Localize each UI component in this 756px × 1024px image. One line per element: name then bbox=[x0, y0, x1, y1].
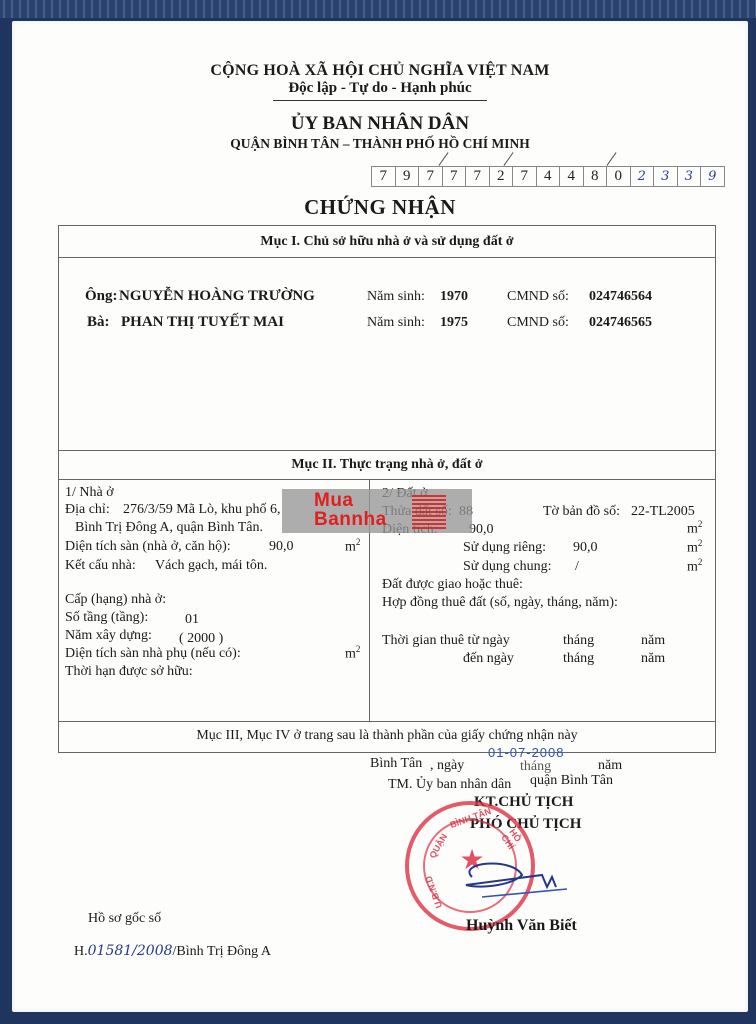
lease-from-label: Thời gian thuê từ ngày bbox=[382, 633, 510, 649]
unit-m2: m2 bbox=[687, 519, 702, 538]
owner-prefix: Ông: bbox=[85, 288, 118, 305]
month-label: tháng bbox=[563, 651, 594, 667]
serial-digit: 7 bbox=[513, 167, 537, 186]
committee-heading: ỦY BAN NHÂN DÂN bbox=[12, 113, 748, 135]
on-behalf-label: TM. Ủy ban nhân dân bbox=[388, 777, 511, 793]
serial-digit: 9 bbox=[396, 167, 420, 186]
address-line-1: 276/3/59 Mã Lò, khu phố 6, bbox=[123, 502, 281, 518]
floor-area-label: Diện tích sàn (nhà ở, căn hộ): bbox=[65, 539, 231, 555]
owner-name: PHAN THỊ TUYẾT MAI bbox=[121, 314, 284, 331]
birth-year-value: 1970 bbox=[440, 289, 468, 305]
signer-name: Huỳnh Văn Biết bbox=[466, 917, 577, 935]
address-line-2: Bình Trị Đông A, quận Bình Tân. bbox=[75, 520, 263, 536]
serial-digit: 7 bbox=[443, 167, 467, 186]
unit-m2: m2 bbox=[687, 557, 702, 576]
serial-digit-handwritten: 2 bbox=[631, 167, 655, 186]
id-label: CMND số: bbox=[507, 289, 569, 305]
record-label: Hồ sơ gốc số bbox=[88, 911, 161, 927]
id-number: 024746564 bbox=[589, 289, 652, 305]
watermark-building-icon bbox=[412, 493, 446, 529]
section-2-heading: Mục II. Thực trạng nhà ở, đất ở bbox=[59, 457, 715, 473]
birth-year-label: Năm sinh: bbox=[367, 289, 425, 305]
serial-digit: 4 bbox=[537, 167, 561, 186]
serial-tick-mark bbox=[504, 152, 514, 166]
serial-digit: 7 bbox=[466, 167, 490, 186]
map-sheet-value: 22-TL2005 bbox=[631, 504, 695, 520]
area-value: 90,0 bbox=[469, 522, 494, 538]
ownership-term-label: Thời hạn được sở hữu: bbox=[65, 664, 193, 680]
watermark-logo-text: Mua Bannha bbox=[314, 491, 387, 529]
structure-label: Kết cấu nhà: bbox=[65, 558, 136, 574]
allocation-label: Đất được giao hoặc thuê: bbox=[382, 577, 523, 593]
year-label: năm bbox=[641, 633, 665, 649]
certificate-title: CHỨNG NHẬN bbox=[12, 195, 748, 220]
floors-value: 01 bbox=[185, 612, 199, 628]
section-1-heading: Mục I. Chủ sở hữu nhà ở và sử dụng đất ở bbox=[59, 234, 715, 250]
divider bbox=[59, 721, 715, 722]
record-handwritten-number: 01581 bbox=[88, 943, 133, 959]
id-label: CMND số: bbox=[507, 315, 569, 331]
motto: Độc lập - Tự do - Hạnh phúc bbox=[12, 80, 748, 97]
signing-day-label: , ngày bbox=[430, 758, 464, 774]
month-label: tháng bbox=[563, 633, 594, 649]
serial-digit: 2 bbox=[490, 167, 514, 186]
shared-use-label: Sử dụng chung: bbox=[463, 559, 551, 575]
birth-year-label: Năm sinh: bbox=[367, 315, 425, 331]
owner-prefix: Bà: bbox=[87, 314, 110, 331]
serial-digit: 8 bbox=[584, 167, 608, 186]
signing-place: Bình Tân bbox=[370, 756, 422, 772]
district-heading: QUẬN BÌNH TÂN – THÀNH PHỐ HỒ CHÍ MINH bbox=[12, 136, 748, 152]
serial-digit: 4 bbox=[560, 167, 584, 186]
year-built-value: ( 2000 ) bbox=[179, 631, 223, 647]
divider bbox=[59, 479, 715, 480]
signature bbox=[452, 857, 572, 907]
serial-number-boxes: 7 9 7 7 7 2 7 4 4 8 0 2 3 3 9 bbox=[371, 166, 725, 187]
unit-m2: m2 bbox=[345, 537, 360, 556]
watermark-overlay: Mua Bannha bbox=[282, 489, 472, 533]
address-label: Địa chỉ: bbox=[65, 502, 110, 518]
scanner-frame-edge bbox=[0, 0, 756, 18]
unit-m2: m2 bbox=[345, 644, 360, 663]
serial-digit: 7 bbox=[419, 167, 443, 186]
year-label: năm bbox=[641, 651, 665, 667]
motto-underline bbox=[273, 100, 487, 101]
floor-area-value: 90,0 bbox=[269, 539, 294, 555]
serial-digit-handwritten: 9 bbox=[701, 167, 725, 186]
birth-year-value: 1975 bbox=[440, 315, 468, 331]
serial-tick-mark bbox=[439, 152, 449, 166]
country-heading: CỘNG HOÀ XÃ HỘI CHỦ NGHĨA VIỆT NAM bbox=[12, 62, 748, 80]
certificate-page: CỘNG HOÀ XÃ HỘI CHỦ NGHĨA VIỆT NAM Độc l… bbox=[12, 21, 748, 1012]
lease-to-label: đến ngày bbox=[463, 651, 514, 667]
footer-note: Mục III, Mục IV ở trang sau là thành phầ… bbox=[59, 728, 715, 744]
serial-digit: 0 bbox=[607, 167, 631, 186]
signing-year-label: năm bbox=[598, 758, 622, 774]
serial-tick-mark bbox=[607, 152, 617, 166]
divider bbox=[59, 257, 715, 258]
date-stamp: 01-07-2008 bbox=[488, 745, 565, 760]
id-number: 024746565 bbox=[589, 315, 652, 331]
lease-contract-label: Hợp đồng thuê đất (số, ngày, tháng, năm)… bbox=[382, 595, 618, 611]
owner-name: NGUYỄN HOÀNG TRƯỜNG bbox=[119, 288, 315, 305]
on-behalf-district: quận Bình Tân bbox=[530, 773, 613, 789]
divider bbox=[59, 450, 715, 451]
serial-digit: 7 bbox=[372, 167, 396, 186]
year-built-label: Năm xây dựng: bbox=[65, 628, 152, 644]
record-handwritten-year: 2008 bbox=[137, 943, 173, 959]
map-sheet-label: Tờ bản đồ số: bbox=[543, 504, 620, 520]
private-use-label: Sử dụng riêng: bbox=[463, 540, 546, 556]
structure-value: Vách gạch, mái tôn. bbox=[155, 558, 267, 574]
serial-digit-handwritten: 3 bbox=[654, 167, 678, 186]
serial-digit-handwritten: 3 bbox=[678, 167, 702, 186]
private-use-value: 90,0 bbox=[573, 540, 598, 556]
grade-label: Cấp (hạng) nhà ở: bbox=[65, 592, 166, 608]
record-number: H.01581/2008/Bình Trị Đông A bbox=[74, 943, 271, 960]
floors-label: Số tầng (tầng): bbox=[65, 610, 148, 626]
shared-use-value: / bbox=[575, 559, 579, 575]
unit-m2: m2 bbox=[687, 538, 702, 557]
aux-area-label: Diện tích sàn nhà phụ (nếu có): bbox=[65, 646, 241, 662]
house-section-title: 1/ Nhà ở bbox=[65, 485, 114, 501]
